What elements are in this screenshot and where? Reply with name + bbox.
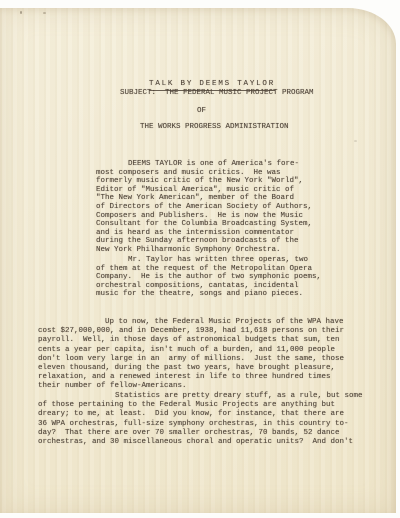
body-paragraph-1: Up to now, the Federal Music Projects of…: [38, 318, 368, 392]
smudge-mark: [354, 140, 357, 142]
photo-frame: TALK BY DEEMS TAYLOR SUBJECT: THE FEDERA…: [0, 0, 400, 518]
subject-of-line: OF: [197, 107, 206, 116]
bio-paragraph-2: Mr. Taylor has written three operas, two…: [96, 256, 334, 299]
body-paragraph-2: Statistics are pretty dreary stuff, as a…: [38, 392, 372, 447]
smudge-mark: [43, 12, 46, 14]
organization-line: THE WORKS PROGRESS ADMINISTRATION: [140, 123, 289, 132]
smudge-mark: [20, 11, 22, 14]
subject-line: SUBJECT: THE FEDERAL MUSIC PROJECT PROGR…: [120, 89, 314, 98]
bio-paragraph-1: DEEMS TAYLOR is one of America's fore- m…: [96, 160, 324, 255]
scanned-page: TALK BY DEEMS TAYLOR SUBJECT: THE FEDERA…: [0, 8, 396, 513]
